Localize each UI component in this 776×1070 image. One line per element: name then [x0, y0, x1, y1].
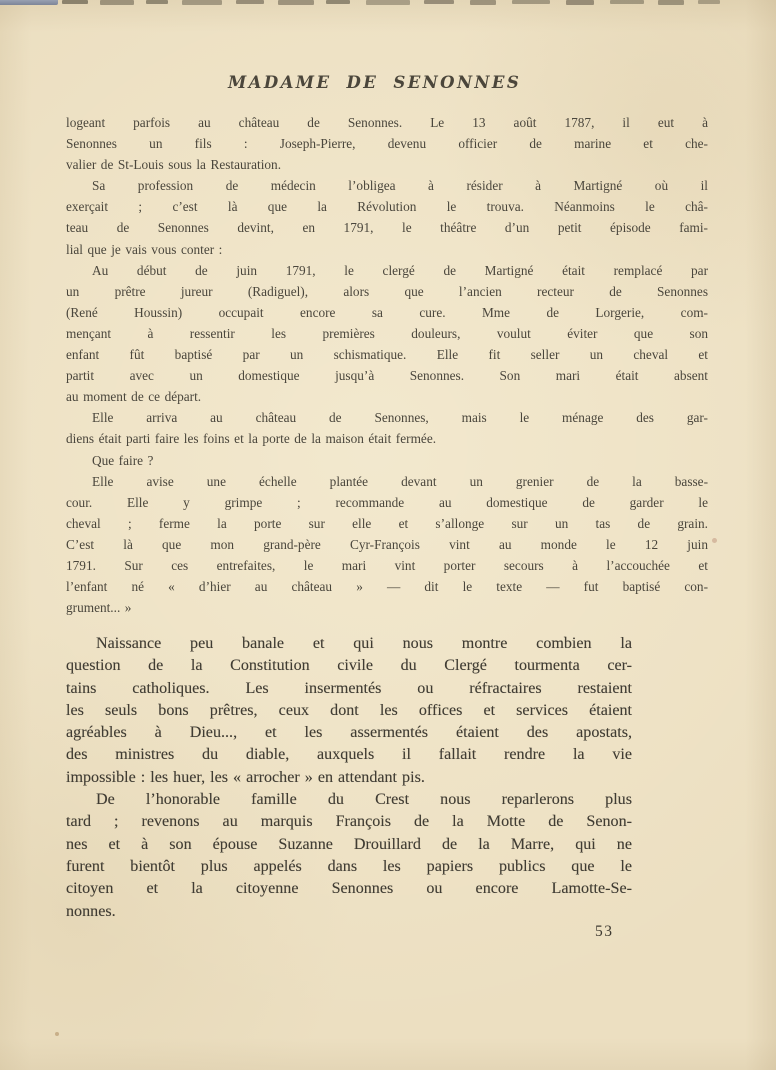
paragraph: logeant parfois au château de Senonnes. … [66, 112, 708, 175]
text-line: Que faire ? [66, 450, 708, 471]
text-line: valier de St-Louis sous la Restauration. [66, 154, 708, 175]
text-line: enfant fût baptisé par un schismatique. … [66, 344, 708, 365]
print-fragment [146, 0, 168, 4]
paragraph: Elle avise une échelle plantée devant un… [66, 471, 708, 619]
text-line: De l’honorable famille du Crest nous rep… [66, 789, 632, 811]
print-fragment [566, 0, 594, 5]
paper-blemish [712, 538, 717, 543]
paragraph: Sa profession de médecin l’obligea à rés… [66, 175, 708, 259]
text-line: Elle arriva au château de Senonnes, mais… [66, 407, 708, 428]
print-fragment [424, 0, 454, 4]
print-fragment [610, 0, 644, 4]
text-line: (René Houssin) occupait encore sa cure. … [66, 302, 708, 323]
body-text-large: Naissance peu banale et qui nous montre … [66, 633, 632, 923]
top-left-ink-mark [0, 0, 58, 5]
text-line: mençant à ressentir les premières douleu… [66, 323, 708, 344]
text-line: tains catholiques. Les insermentés ou ré… [66, 678, 632, 700]
print-fragment [512, 0, 550, 4]
print-fragment [236, 0, 264, 4]
body-text-small: logeant parfois au château de Senonnes. … [66, 112, 708, 618]
text-line: Au début de juin 1791, le clergé de Mart… [66, 260, 708, 281]
text-line: exerçait ; c’est là que la Révolution le… [66, 196, 708, 217]
paragraph: Elle arriva au château de Senonnes, mais… [66, 407, 708, 449]
text-line: Naissance peu banale et qui nous montre … [66, 633, 632, 655]
print-fragment [100, 0, 134, 5]
print-fragment [366, 0, 410, 5]
text-line: Sa profession de médecin l’obligea à rés… [66, 175, 708, 196]
text-line: agréables à Dieu..., et les assermentés … [66, 722, 632, 744]
text-line: question de la Constitution civile du Cl… [66, 655, 632, 677]
paragraph: De l’honorable famille du Crest nous rep… [66, 789, 632, 923]
text-line: un prêtre jureur (Radiguel), alors que l… [66, 281, 708, 302]
print-fragment [658, 0, 684, 5]
text-line: partit avec un domestique jusqu’à Senonn… [66, 365, 708, 386]
print-fragment [470, 0, 496, 5]
text-line: nes et à son épouse Suzanne Drouillard d… [66, 834, 632, 856]
text-line: des ministres du diable, auxquels il fal… [66, 744, 632, 766]
print-fragment [278, 0, 314, 5]
scanned-book-page: MADAME DE SENONNES logeant parfois au ch… [0, 0, 776, 1070]
text-line: cheval ; ferme la porte sur elle et s’al… [66, 513, 708, 534]
page-title: MADAME DE SENONNES [228, 73, 521, 92]
print-fragment [698, 0, 720, 4]
text-line: diens était parti faire les foins et la … [66, 428, 708, 449]
text-line: 1791. Sur ces entrefaites, le mari vint … [66, 555, 708, 576]
text-line: logeant parfois au château de Senonnes. … [66, 112, 708, 133]
text-line: l’enfant né « d’hier au château » — dit … [66, 576, 708, 597]
print-fragment [62, 0, 88, 4]
paragraph: Naissance peu banale et qui nous montre … [66, 633, 632, 789]
text-line: teau de Senonnes devint, en 1791, le thé… [66, 217, 708, 238]
text-line: nonnes. [66, 901, 632, 923]
text-line: grument... » [66, 597, 708, 618]
print-fragment [182, 0, 222, 5]
text-line: tard ; revenons au marquis François de l… [66, 811, 632, 833]
text-line: citoyen et la citoyenne Senonnes ou enco… [66, 878, 632, 900]
text-line: furent bientôt plus appelés dans les pap… [66, 856, 632, 878]
text-line: les seuls bons prêtres, ceux dont les of… [66, 700, 632, 722]
paragraph: Que faire ? [66, 450, 708, 471]
page-number: 53 [595, 923, 614, 941]
text-line: impossible : les huer, les « arrocher » … [66, 767, 632, 789]
text-line: C’est là que mon grand-père Cyr-François… [66, 534, 708, 555]
text-line: cour. Elle y grimpe ; recommande au dome… [66, 492, 708, 513]
print-fragment [326, 0, 350, 4]
text-line: lial que je vais vous conter : [66, 239, 708, 260]
text-line: au moment de ce départ. [66, 386, 708, 407]
text-line: Elle avise une échelle plantée devant un… [66, 471, 708, 492]
paragraph: Au début de juin 1791, le clergé de Mart… [66, 260, 708, 408]
paper-blemish [55, 1032, 59, 1036]
text-line: Senonnes un fils : Joseph-Pierre, devenu… [66, 133, 708, 154]
